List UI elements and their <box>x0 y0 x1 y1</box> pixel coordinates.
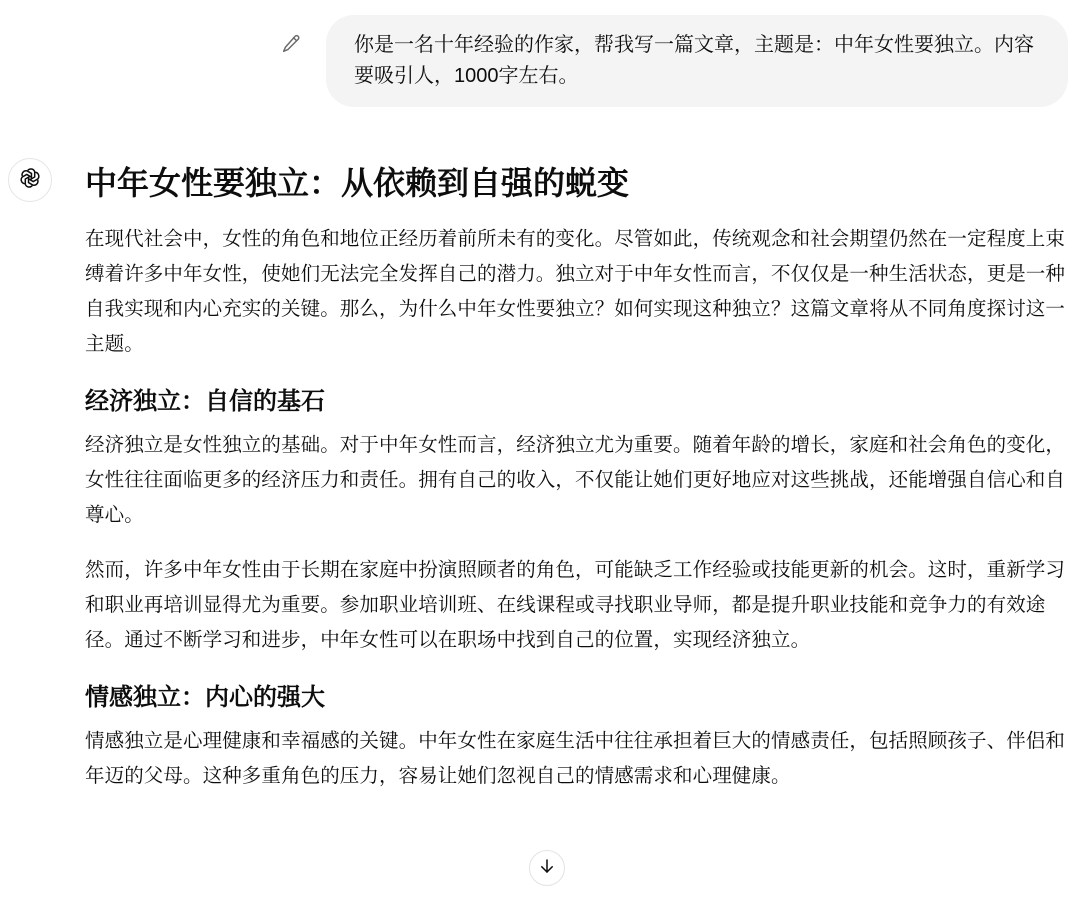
openai-logo-icon <box>18 166 42 195</box>
assistant-message: 中年女性要独立：从依赖到自强的蜕变 在现代社会中，女性的角色和地位正经历着前所未… <box>85 160 1065 794</box>
chat-page: 你是一名十年经验的作家，帮我写一篇文章，主题是：中年女性要独立。内容要吸引人，1… <box>0 0 1080 914</box>
article-title: 中年女性要独立：从依赖到自强的蜕变 <box>85 160 1065 206</box>
assistant-avatar <box>8 158 52 202</box>
scroll-to-bottom-button[interactable] <box>529 850 565 886</box>
user-message-row: 你是一名十年经验的作家，帮我写一篇文章，主题是：中年女性要独立。内容要吸引人，1… <box>280 15 1068 107</box>
section-paragraph: 经济独立是女性独立的基础。对于中年女性而言，经济独立尤为重要。随着年龄的增长，家… <box>85 428 1065 533</box>
arrow-down-icon <box>538 857 556 880</box>
section-heading-emotional: 情感独立：内心的强大 <box>85 680 1065 716</box>
user-message-bubble: 你是一名十年经验的作家，帮我写一篇文章，主题是：中年女性要独立。内容要吸引人，1… <box>326 15 1068 107</box>
pencil-icon[interactable] <box>280 33 304 57</box>
section-paragraph: 情感独立是心理健康和幸福感的关键。中年女性在家庭生活中往往承担着巨大的情感责任，… <box>85 724 1065 794</box>
section-heading-economic: 经济独立：自信的基石 <box>85 384 1065 420</box>
intro-paragraph: 在现代社会中，女性的角色和地位正经历着前所未有的变化。尽管如此，传统观念和社会期… <box>85 222 1065 362</box>
section-paragraph: 然而，许多中年女性由于长期在家庭中扮演照顾者的角色，可能缺乏工作经验或技能更新的… <box>85 553 1065 658</box>
